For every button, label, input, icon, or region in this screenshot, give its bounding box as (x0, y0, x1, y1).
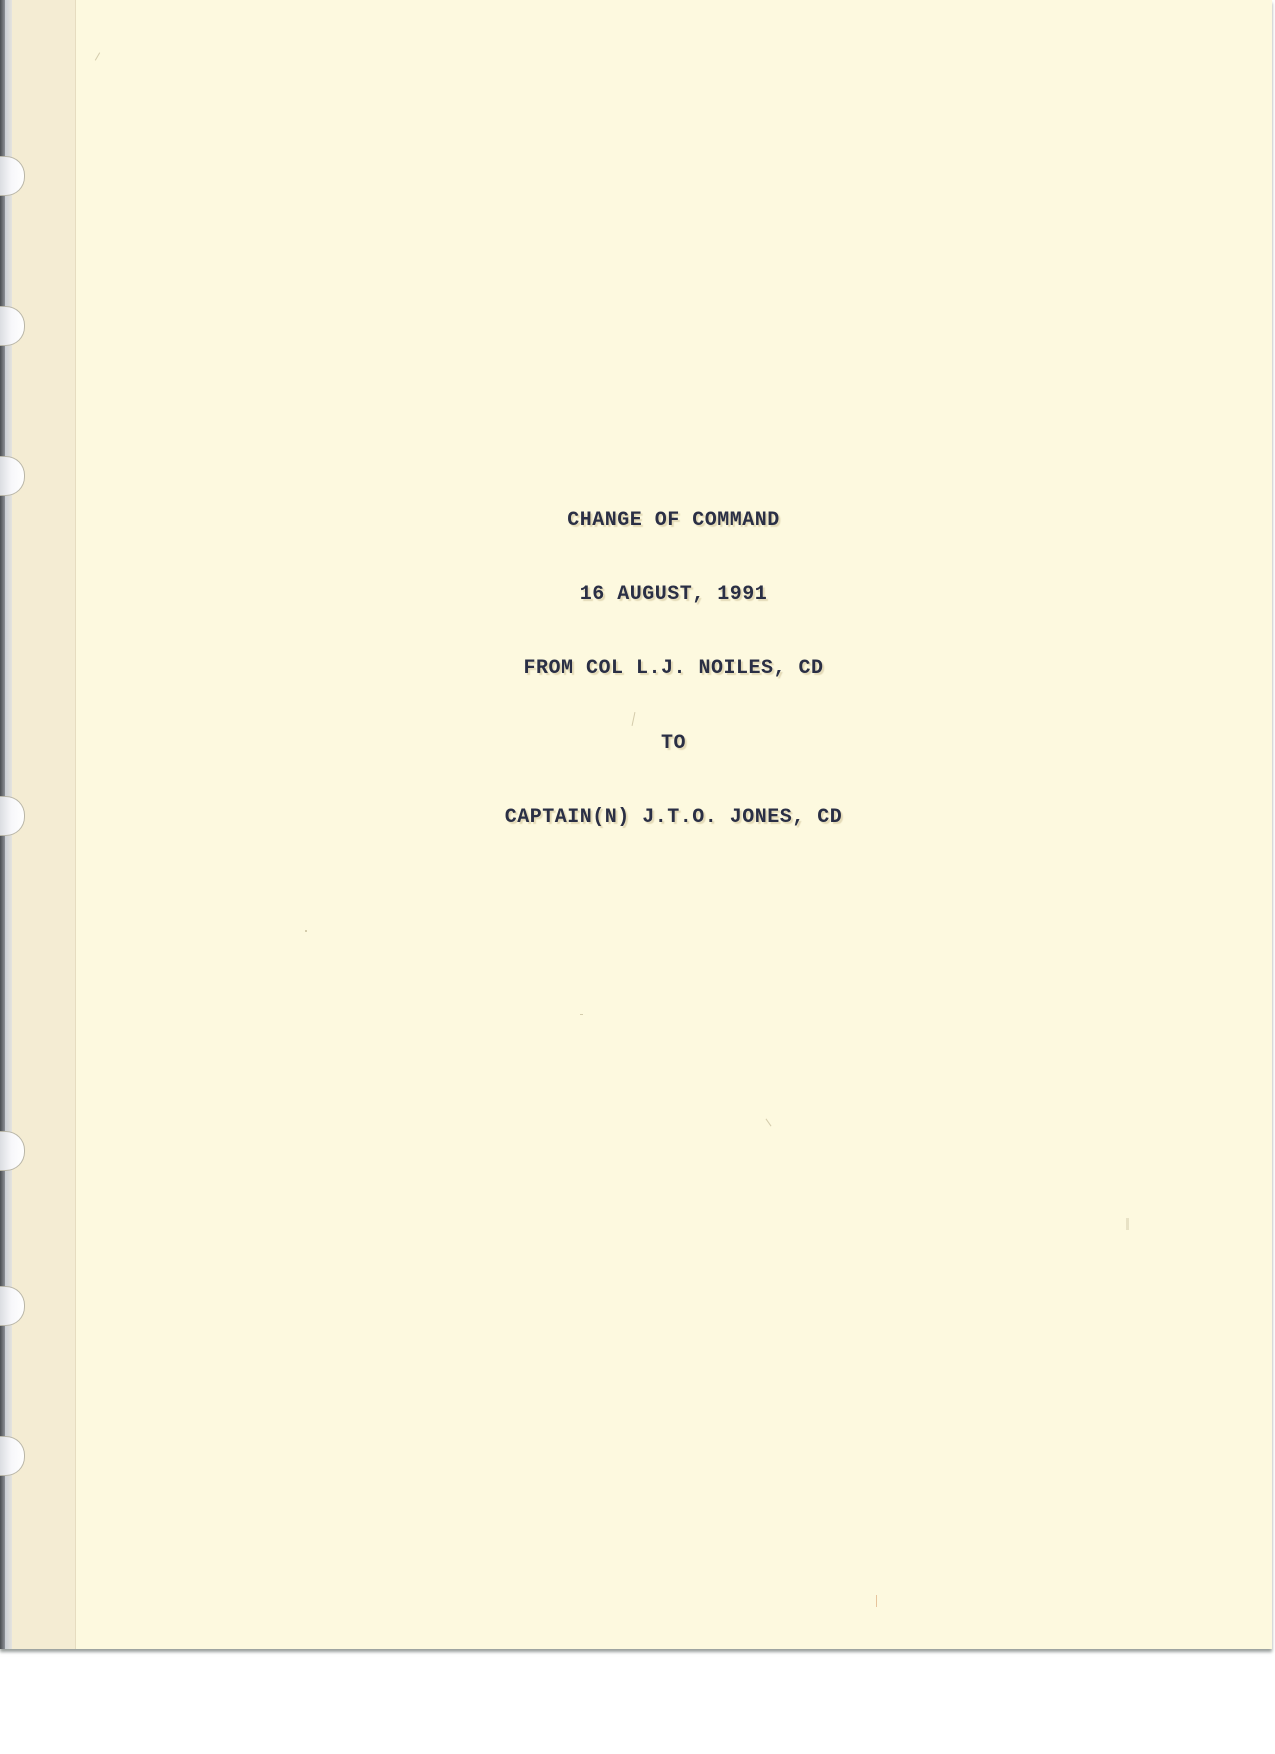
binding-hole (0, 156, 25, 196)
binding-hole (0, 1436, 25, 1476)
binding-hole (0, 306, 25, 346)
document-title: CHANGE OF COMMAND (75, 509, 1272, 532)
binding-hole (0, 796, 25, 836)
binding-hole (0, 456, 25, 496)
paper-speck (1126, 1218, 1129, 1230)
to-label: TO (75, 732, 1272, 755)
paper-speck (305, 930, 307, 932)
paper-speck (580, 1014, 583, 1015)
paper-speck (632, 712, 636, 726)
paper-speck (876, 1595, 877, 1607)
paper-speck (95, 52, 100, 60)
binding-strip (0, 0, 76, 1649)
binding-hole (0, 1131, 25, 1171)
paper-speck (766, 1119, 772, 1127)
to-line: CAPTAIN(N) J.T.O. JONES, CD (75, 806, 1272, 829)
scanned-page: CHANGE OF COMMAND 16 AUGUST, 1991 FROM C… (0, 0, 1272, 1649)
from-line: FROM COL L.J. NOILES, CD (75, 657, 1272, 680)
document-date: 16 AUGUST, 1991 (75, 583, 1272, 606)
binding-hole (0, 1286, 25, 1326)
